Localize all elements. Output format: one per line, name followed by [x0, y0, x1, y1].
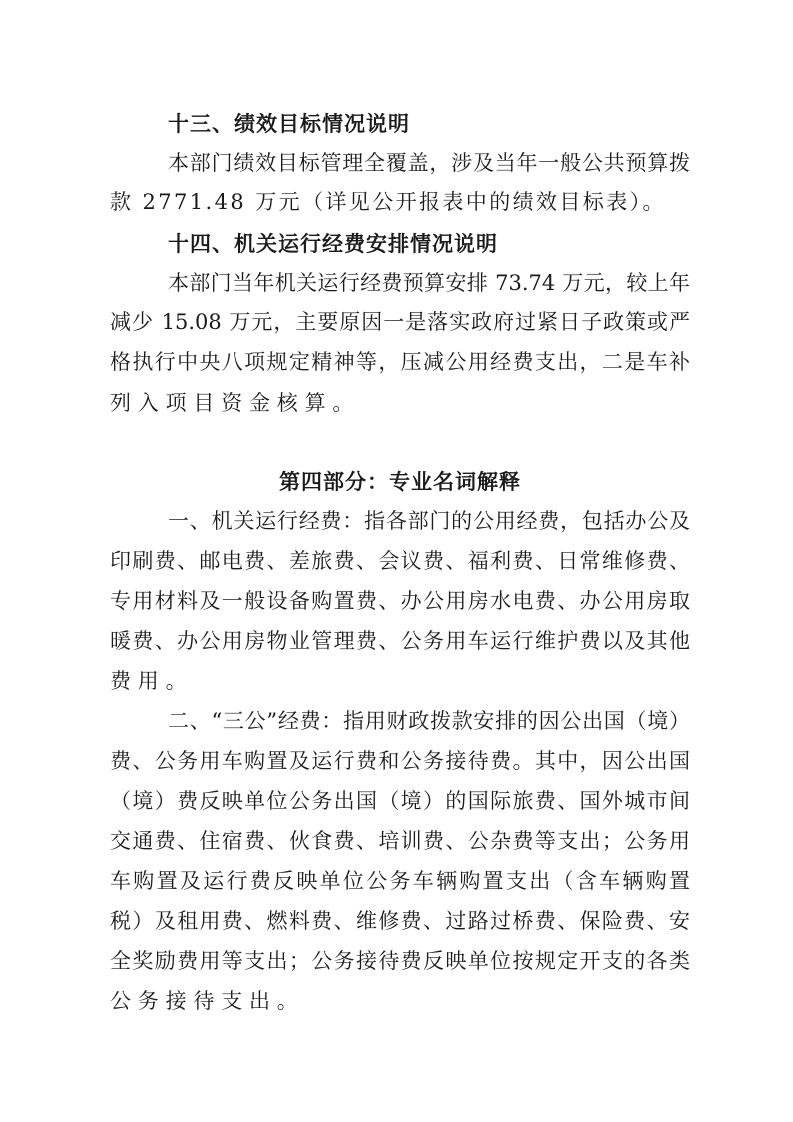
paragraph-line: 一、机关运行经费：指各部门的公用经费，包括办公及	[110, 501, 690, 541]
paragraph-line: 费用。	[110, 661, 690, 701]
paragraph-line: 本部门当年机关运行经费预算安排 73.74 万元，较上年	[110, 263, 690, 303]
paragraph-line: 减少 15.08 万元，主要原因一是落实政府过紧日子政策或严	[110, 302, 690, 342]
part-4-title: 第四部分：专业名词解释	[110, 462, 690, 502]
paragraph-line: 印刷费、邮电费、差旅费、会议费、福利费、日常维修费、	[110, 541, 690, 581]
paragraph-line: 车购置及运行费反映单位公务车辆购置支出（含车辆购置	[110, 861, 690, 901]
paragraph-line: 二、“三公”经费：指用财政拨款安排的因公出国（境）	[110, 701, 690, 741]
paragraph-line: 专用材料及一般设备购置费、办公用房水电费、办公用房取	[110, 581, 690, 621]
paragraph-line: 费、公务用车购置及运行费和公务接待费。其中，因公出国	[110, 741, 690, 781]
paragraph-line: 本部门绩效目标管理全覆盖，涉及当年一般公共预算拨	[110, 143, 690, 183]
paragraph-line: 公务接待支出。	[110, 981, 690, 1021]
paragraph-line: 格执行中央八项规定精神等，压减公用经费支出，二是车补	[110, 342, 690, 382]
paragraph-line: 暖费、办公用房物业管理费、公务用车运行维护费以及其他	[110, 621, 690, 661]
paragraph-line: 税）及租用费、燃料费、维修费、过路过桥费、保险费、安	[110, 901, 690, 941]
paragraph-line: 全奖励费用等支出；公务接待费反映单位按规定开支的各类	[110, 941, 690, 981]
paragraph-line: 交通费、住宿费、伙食费、培训费、公杂费等支出；公务用	[110, 821, 690, 861]
paragraph-line: （境）费反映单位公务出国（境）的国际旅费、国外城市间	[110, 781, 690, 821]
section-13-heading: 十三、绩效目标情况说明	[110, 104, 690, 144]
paragraph-line: 列入项目资金核算。	[110, 383, 690, 423]
section-14-heading: 十四、机关运行经费安排情况说明	[110, 224, 690, 264]
paragraph-line: 款 2771.48 万元（详见公开报表中的绩效目标表）。	[110, 182, 690, 222]
